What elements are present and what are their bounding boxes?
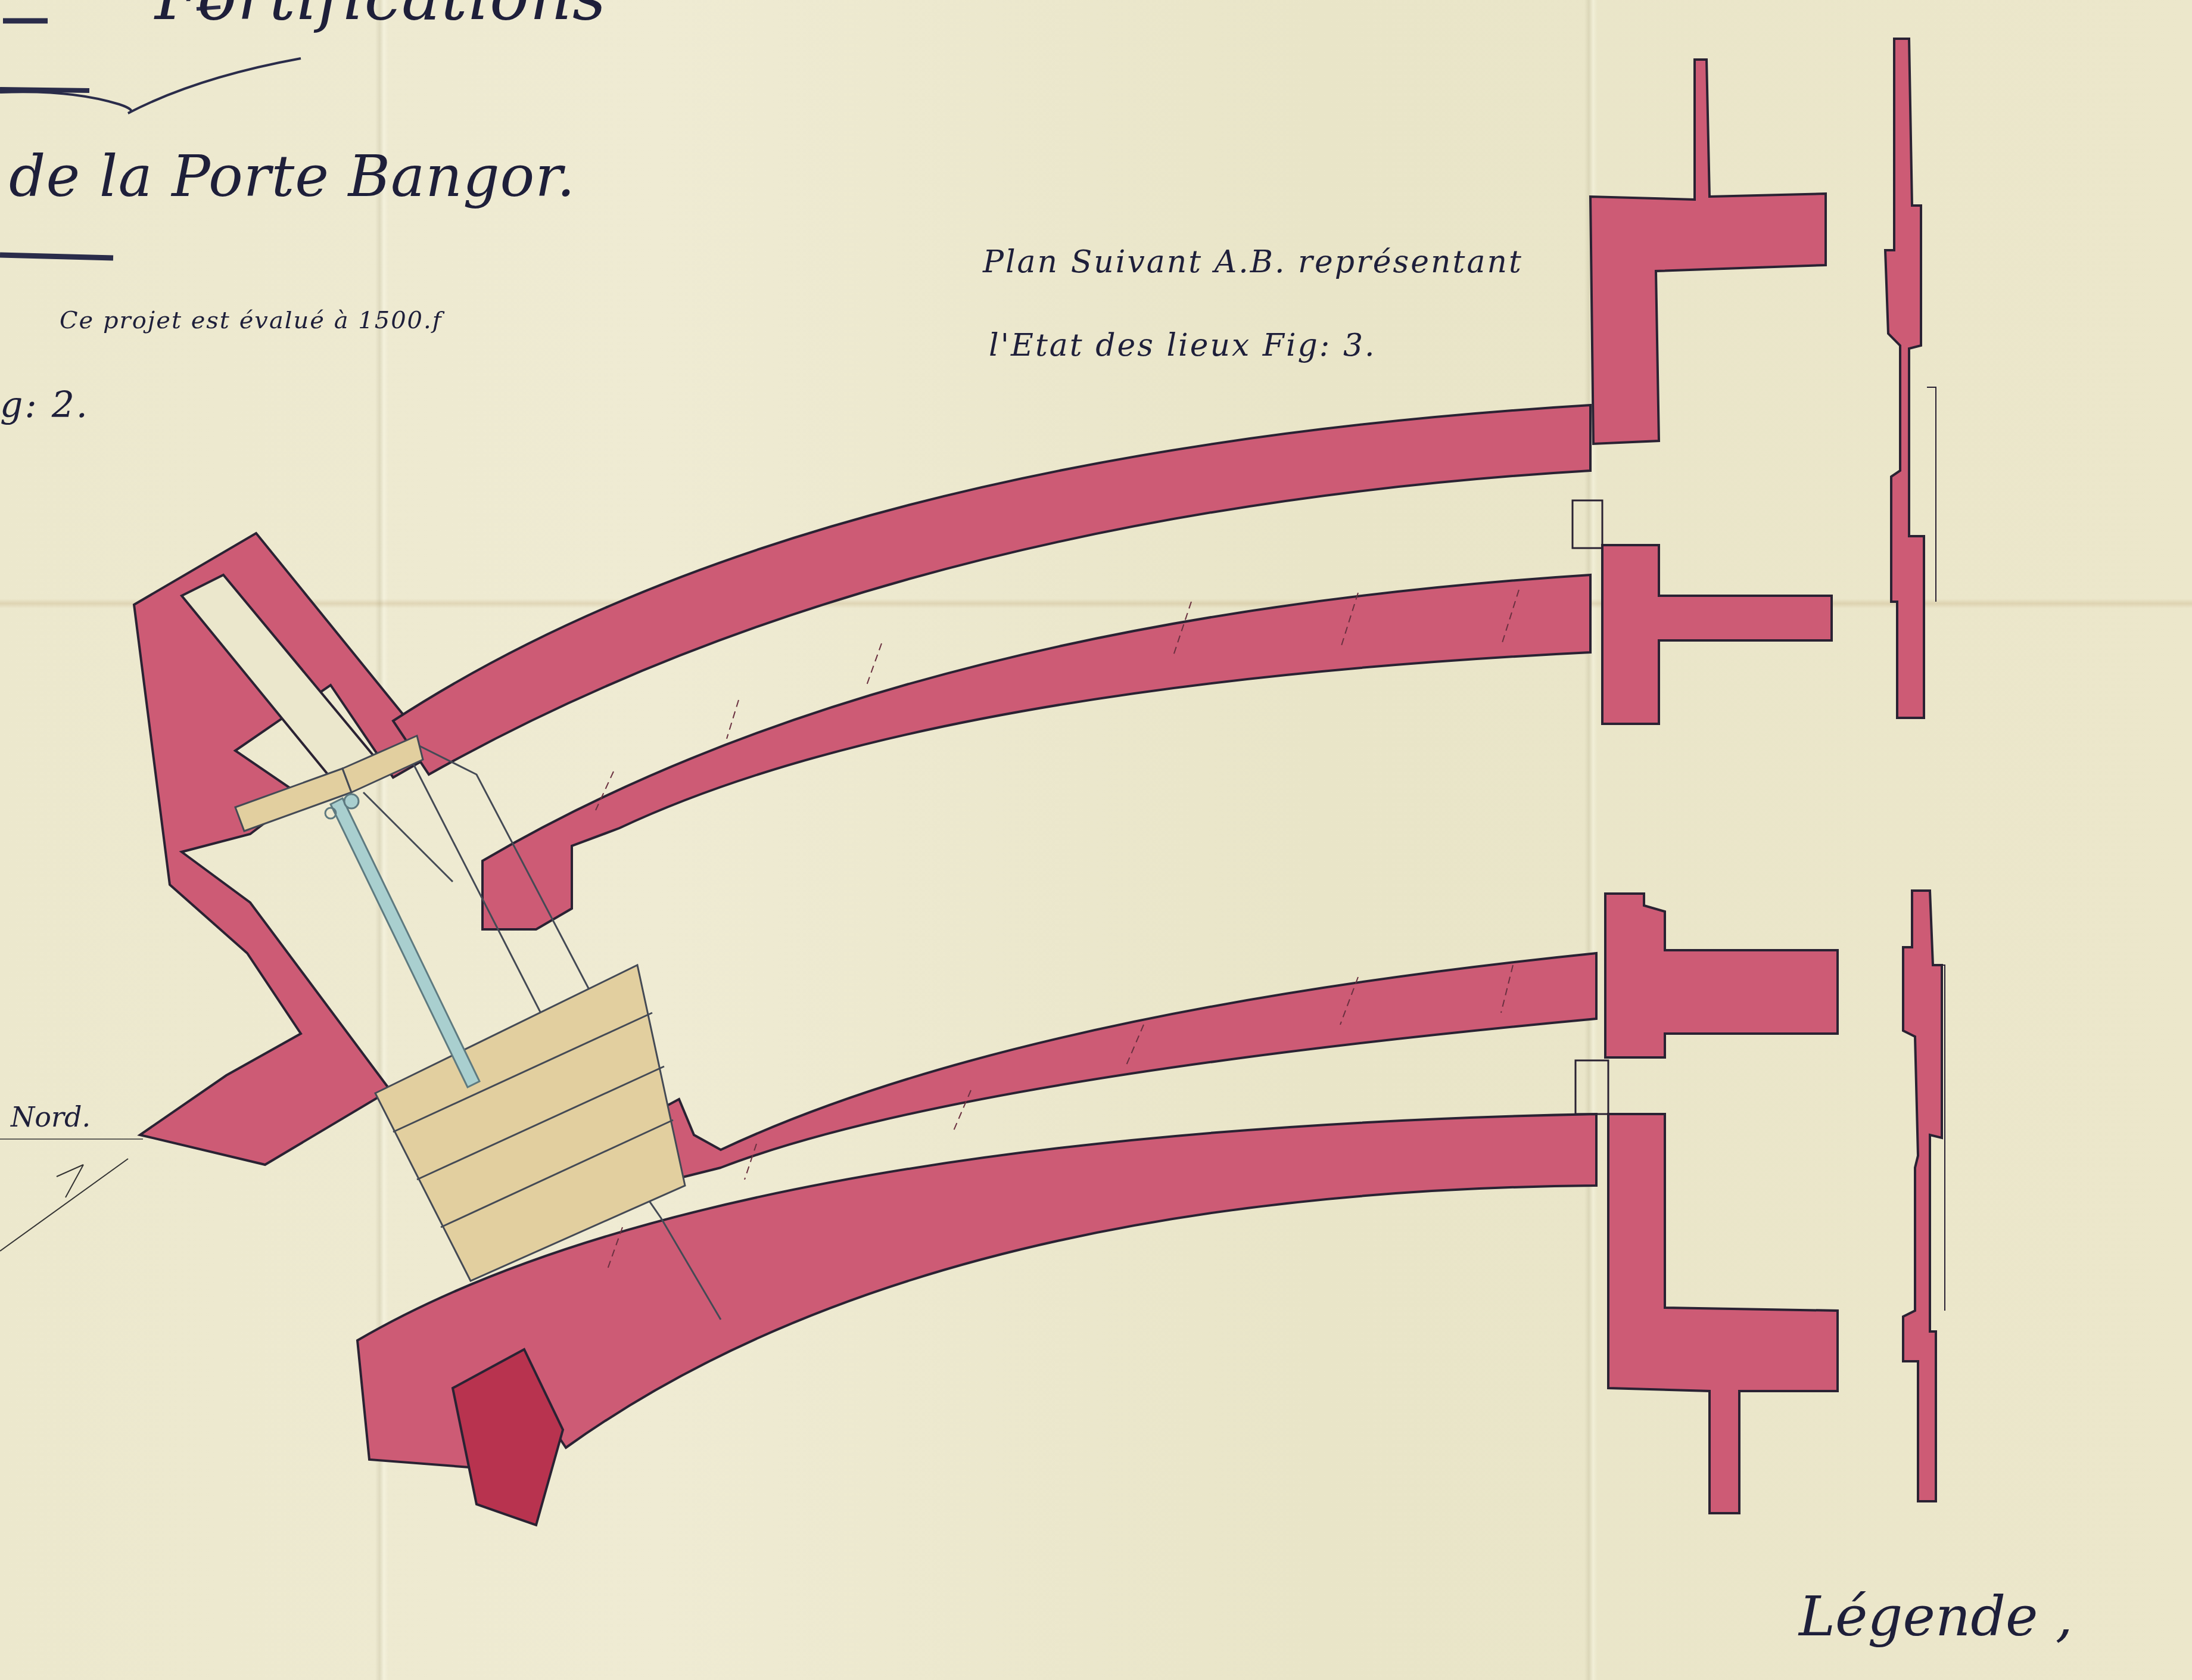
left-wing-masonry [134, 533, 435, 1165]
gate-block-lower [1605, 894, 1838, 1513]
right-elevation-upper [1885, 39, 1924, 718]
legend-title: Légende , [1799, 1585, 2073, 1648]
north-arrow-icon [0, 1139, 143, 1251]
header-rules [0, 7, 301, 258]
figure-3-caption-line2: l'Etat des lieux Fig: 3. [989, 310, 1377, 381]
title-fragment: Fortifications [155, 0, 607, 35]
figure-2-ref: g: 2. [0, 369, 89, 441]
figure-3-caption-line1: Plan Suivant A.B. représentant [983, 226, 1523, 298]
right-elevation-lower [1903, 891, 1942, 1501]
subtitle: de la Porte Bangor. [9, 143, 575, 210]
estimate-note: Ce projet est évalué à 1500.f [60, 307, 443, 334]
north-label: Nord. [11, 1101, 91, 1133]
gate-block-upper [1590, 60, 1832, 724]
